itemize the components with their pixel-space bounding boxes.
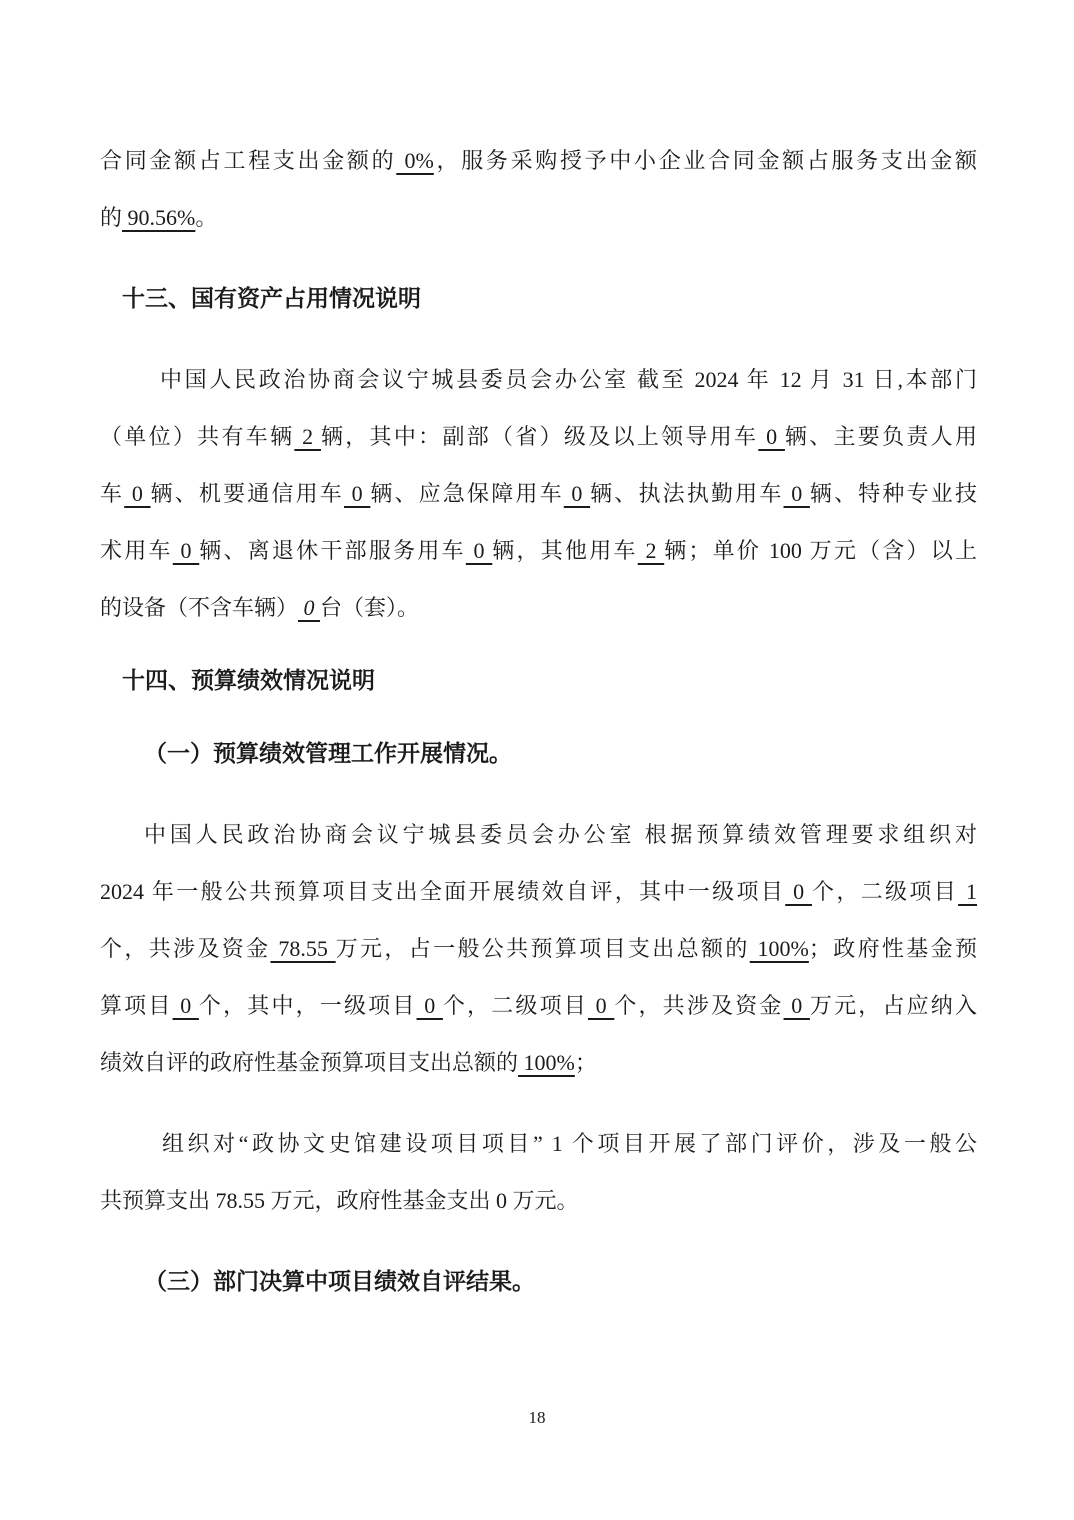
underlined-value: 78.55	[270, 936, 335, 961]
text-run: ；	[575, 1050, 597, 1075]
underlined-value: 0	[564, 481, 590, 506]
text-run: 个，共涉及资金	[100, 936, 270, 961]
underlined-value: 0	[784, 481, 810, 506]
underlined-value: 0	[758, 424, 785, 449]
text-line: 车 0 辆、机要通信用车 0 辆、应急保障用车 0 辆、执法执勤用车 0 辆、特…	[100, 465, 977, 522]
text-run: 共预算支出 78.55 万元，政府性基金支出 0 万元。	[100, 1188, 579, 1213]
text-run: 辆、应急保障用车	[370, 481, 563, 506]
text-run: 的设备（不含车辆）	[100, 595, 298, 620]
underlined-value: 0	[173, 538, 199, 563]
text-run: （单位）共有车辆	[100, 424, 294, 449]
text-run: 组织对“政协文史馆建设项目项目” 1 个项目开展了部门评价，涉及一般公	[162, 1131, 977, 1156]
text-run: 辆、离退休干部服务用车	[199, 538, 466, 563]
text-line: 中国人民政治协商会议宁城县委员会办公室 截至 2024 年 12 月 31 日,…	[100, 351, 977, 408]
underlined-value: 100%	[518, 1050, 575, 1075]
paragraph-budget-performance: 中国人民政治协商会议宁城县委员会办公室 根据预算绩效管理要求组织对2024 年一…	[100, 806, 977, 1091]
paragraph-contract-amounts: 合同金额占工程支出金额的 0%，服务采购授予中小企业合同金额占服务支出金额的 9…	[100, 132, 977, 246]
text-run: 辆、执法执勤用车	[590, 481, 783, 506]
underlined-value: 0	[785, 879, 812, 904]
subsection-heading-1: （一）预算绩效管理工作开展情况。	[100, 725, 977, 782]
underlined-value: 0	[173, 993, 199, 1018]
text-run: 万元，占应纳入	[810, 993, 977, 1018]
underlined-value: 1	[958, 879, 977, 904]
document-page: 合同金额占工程支出金额的 0%，服务采购授予中小企业合同金额占服务支出金额的 9…	[0, 0, 1074, 1520]
text-line: 术用车 0 辆、离退休干部服务用车 0 辆，其他用车 2 辆；单价 100 万元…	[100, 522, 977, 579]
text-run: 个，共涉及资金	[614, 993, 783, 1018]
underlined-value: 100%	[750, 936, 809, 961]
text-line: 共预算支出 78.55 万元，政府性基金支出 0 万元。	[100, 1172, 977, 1229]
paragraph-department-evaluation: 组织对“政协文史馆建设项目项目” 1 个项目开展了部门评价，涉及一般公共预算支出…	[100, 1115, 977, 1229]
text-run: 。	[195, 205, 217, 230]
document-body: 合同金额占工程支出金额的 0%，服务采购授予中小企业合同金额占服务支出金额的 9…	[100, 132, 977, 1310]
text-line: 的 90.56%。	[100, 189, 977, 246]
underlined-value: 0	[417, 993, 443, 1018]
text-run: 中国人民政治协商会议宁城县委员会办公室 截至 2024 年 12 月 31 日,…	[160, 367, 977, 392]
text-run: 合同金额占工程支出金额的	[100, 148, 396, 173]
text-run: 个，二级项目	[443, 993, 588, 1018]
text-line: 算项目 0 个，其中，一级项目 0 个，二级项目 0 个，共涉及资金 0 万元，…	[100, 977, 977, 1034]
underlined-value: 2	[638, 538, 664, 563]
underlined-value: 0	[344, 481, 370, 506]
text-run: ，服务采购授予中小企业合同金额占服务支出金额	[434, 148, 977, 173]
underlined-value: 0	[124, 481, 150, 506]
text-run: 术用车	[100, 538, 173, 563]
text-run: 辆；单价 100 万元（含）以上	[664, 538, 977, 563]
text-line: 的设备（不含车辆） 0 台（套）。	[100, 579, 977, 636]
text-line: 中国人民政治协商会议宁城县委员会办公室 根据预算绩效管理要求组织对	[100, 806, 977, 863]
page-number: 18	[0, 1406, 1074, 1430]
underlined-value: 0%	[396, 148, 434, 173]
text-line: （单位）共有车辆 2 辆，其中：副部（省）级及以上领导用车 0 辆、主要负责人用	[100, 408, 977, 465]
section-heading-14: 十四、预算绩效情况说明	[100, 652, 977, 709]
text-line: 个，共涉及资金 78.55 万元，占一般公共预算项目支出总额的 100%；政府性…	[100, 920, 977, 977]
text-line: 合同金额占工程支出金额的 0%，服务采购授予中小企业合同金额占服务支出金额	[100, 132, 977, 189]
text-line: 2024 年一般公共预算项目支出全面开展绩效自评，其中一级项目 0 个，二级项目…	[100, 863, 977, 920]
section-heading-13: 十三、国有资产占用情况说明	[100, 270, 977, 327]
text-run: 辆，其他用车	[492, 538, 637, 563]
underlined-value: 0	[466, 538, 492, 563]
text-run: 2024 年一般公共预算项目支出全面开展绩效自评，其中一级项目	[100, 879, 785, 904]
text-run: 绩效自评的政府性基金预算项目支出总额的	[100, 1050, 518, 1075]
text-run: 辆、机要通信用车	[151, 481, 344, 506]
text-run: 辆、特种专业技	[810, 481, 977, 506]
text-run: 算项目	[100, 993, 173, 1018]
underlined-value: 2	[294, 424, 321, 449]
text-run: 台（套）。	[320, 595, 419, 620]
text-run: 车	[100, 481, 124, 506]
subsection-heading-3: （三）部门决算中项目绩效自评结果。	[100, 1253, 977, 1310]
paragraph-state-assets: 中国人民政治协商会议宁城县委员会办公室 截至 2024 年 12 月 31 日,…	[100, 351, 977, 636]
underlined-value: 0	[588, 993, 614, 1018]
text-run: 个，其中，一级项目	[199, 993, 417, 1018]
text-run: 辆，其中：副部（省）级及以上领导用车	[321, 424, 758, 449]
text-run: 的	[100, 205, 122, 230]
text-line: 绩效自评的政府性基金预算项目支出总额的 100%；	[100, 1034, 977, 1091]
text-run: 中国人民政治协商会议宁城县委员会办公室 根据预算绩效管理要求组织对	[144, 822, 977, 847]
text-run: ；政府性基金预	[809, 936, 977, 961]
underlined-value: 90.56%	[122, 205, 195, 230]
underlined-value: 0	[784, 993, 810, 1018]
text-line: 组织对“政协文史馆建设项目项目” 1 个项目开展了部门评价，涉及一般公	[100, 1115, 977, 1172]
text-run: 万元，占一般公共预算项目支出总额的	[336, 936, 750, 961]
text-run: 辆、主要负责人用	[785, 424, 977, 449]
text-run: 个，二级项目	[812, 879, 958, 904]
underlined-value: 0	[298, 595, 320, 620]
